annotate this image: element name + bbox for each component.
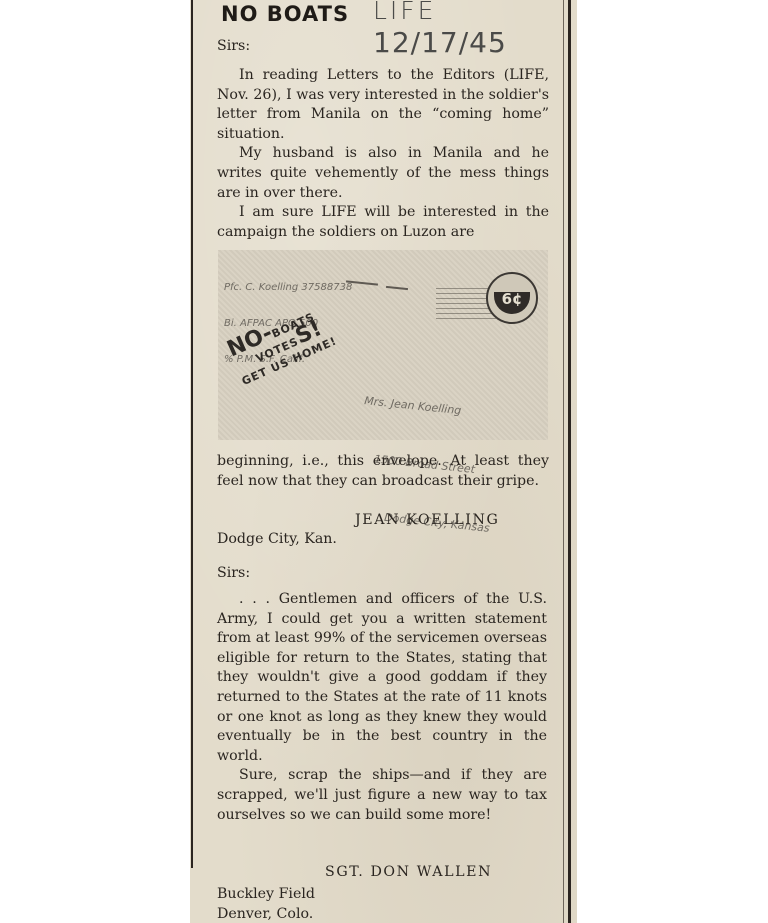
- envelope-photo: Pfc. C. Koelling 37588738 Bi. AFPAC APO …: [218, 250, 548, 440]
- airmail-stamp-icon: 6¢: [486, 272, 538, 324]
- letter-1-location: Dodge City, Kan.: [217, 530, 337, 550]
- letter-2-paragraph: Sure, scrap the ships—and if they are sc…: [217, 766, 547, 825]
- letter-1-salutation: Sirs:: [217, 38, 250, 54]
- letter-2-salutation: Sirs:: [217, 565, 250, 581]
- pen-stroke: [386, 286, 408, 290]
- letter-1-body: In reading Letters to the Editors (LIFE,…: [217, 66, 549, 242]
- recipient-line: Mrs. Jean Koelling: [363, 391, 502, 424]
- letter-2-body: . . . Gentlemen and officers of the U.S.…: [217, 590, 547, 825]
- letter-1-signature: JEAN KOELLING: [355, 512, 499, 528]
- newspaper-clipping: NO BOATS LIFE 12/17/45 Sirs: In reading …: [190, 0, 577, 923]
- column-rule-left: [191, 0, 193, 868]
- letter-2-location: Buckley Field Denver, Colo.: [217, 885, 315, 923]
- letter-1-paragraph: I am sure LIFE will be interested in the…: [217, 203, 549, 242]
- handwritten-source: LIFE: [373, 0, 436, 25]
- stamp-value: 6¢: [488, 290, 536, 308]
- letter-1-paragraph: In reading Letters to the Editors (LIFE,…: [217, 66, 549, 144]
- column-rule-right: [568, 0, 571, 923]
- letter-2-signature: SGT. DON WALLEN: [325, 864, 492, 880]
- location-line: Denver, Colo.: [217, 905, 315, 923]
- return-address-line: Pfc. C. Koelling 37588738: [224, 282, 352, 294]
- headline: NO BOATS: [221, 2, 349, 26]
- letter-1-continuation: beginning, i.e., this envelope. At least…: [217, 452, 549, 491]
- column-rule-right-inner: [563, 0, 564, 923]
- letter-2-paragraph: . . . Gentlemen and officers of the U.S.…: [217, 590, 547, 766]
- letter-1-paragraph-after-image: beginning, i.e., this envelope. At least…: [217, 452, 549, 491]
- handwritten-date: 12/17/45: [373, 26, 507, 59]
- location-line: Buckley Field: [217, 885, 315, 905]
- letter-1-paragraph: My husband is also in Manila and he writ…: [217, 144, 549, 203]
